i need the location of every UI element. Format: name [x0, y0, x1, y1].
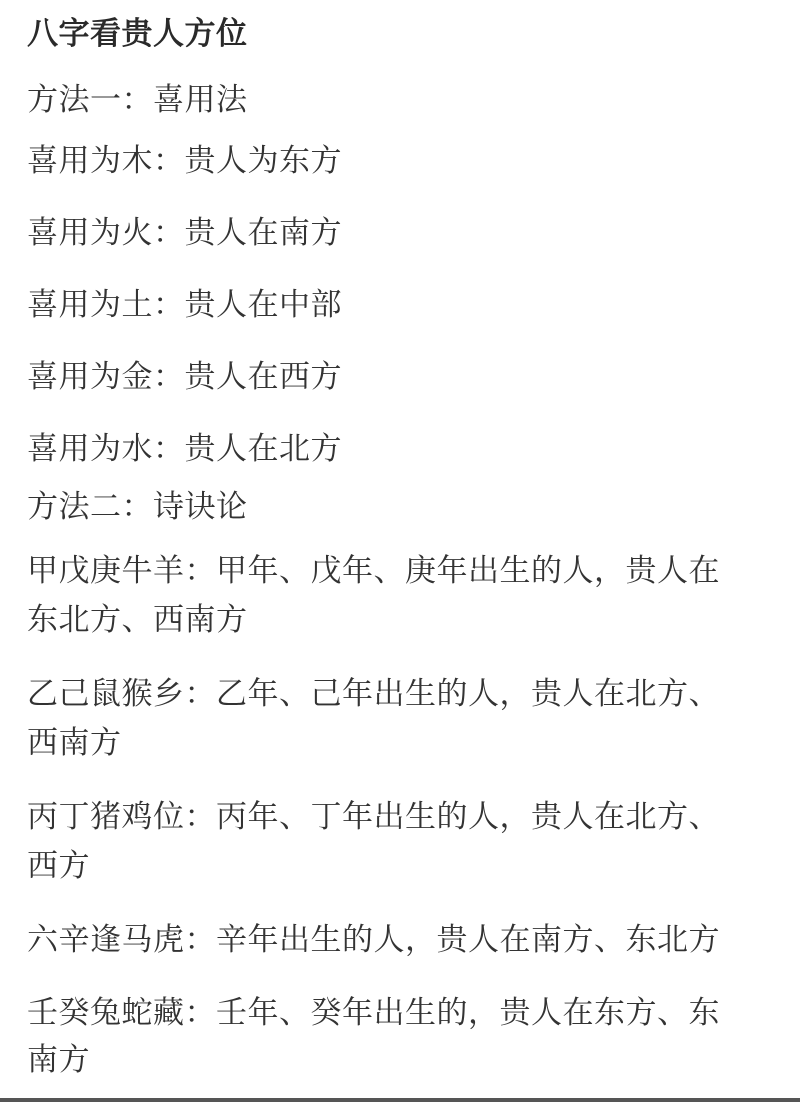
- method2-item-line1: 甲戊庚牛羊：甲年、戊年、庚年出生的人，贵人在: [27, 547, 720, 595]
- bottom-divider: [0, 1098, 800, 1102]
- method1-item: 喜用为土：贵人在中部: [27, 281, 342, 329]
- method2-item-line1: 丙丁猪鸡位：丙年、丁年出生的人，贵人在北方、: [27, 793, 720, 841]
- method2-item-line1: 壬癸兔蛇藏：壬年、癸年出生的，贵人在东方、东: [27, 989, 720, 1037]
- method1-item: 喜用为木：贵人为东方: [27, 137, 342, 185]
- method2-item-line2: 西方: [27, 842, 90, 890]
- method2-item-line2: 西南方: [27, 719, 122, 767]
- method1-heading: 方法一：喜用法: [27, 76, 248, 124]
- method1-item: 喜用为水：贵人在北方: [27, 425, 342, 473]
- method1-item: 喜用为金：贵人在西方: [27, 353, 342, 401]
- method1-item: 喜用为火：贵人在南方: [27, 209, 342, 257]
- method2-item-line2: 东北方、西南方: [27, 596, 248, 644]
- method2-item-line1: 乙己鼠猴乡：乙年、己年出生的人，贵人在北方、: [27, 670, 720, 718]
- method2-item-line1: 六辛逢马虎：辛年出生的人，贵人在南方、东北方: [27, 916, 720, 964]
- page-title: 八字看贵人方位: [27, 10, 248, 58]
- method2-heading: 方法二：诗诀论: [27, 483, 248, 531]
- method2-item-line2: 南方: [27, 1036, 90, 1084]
